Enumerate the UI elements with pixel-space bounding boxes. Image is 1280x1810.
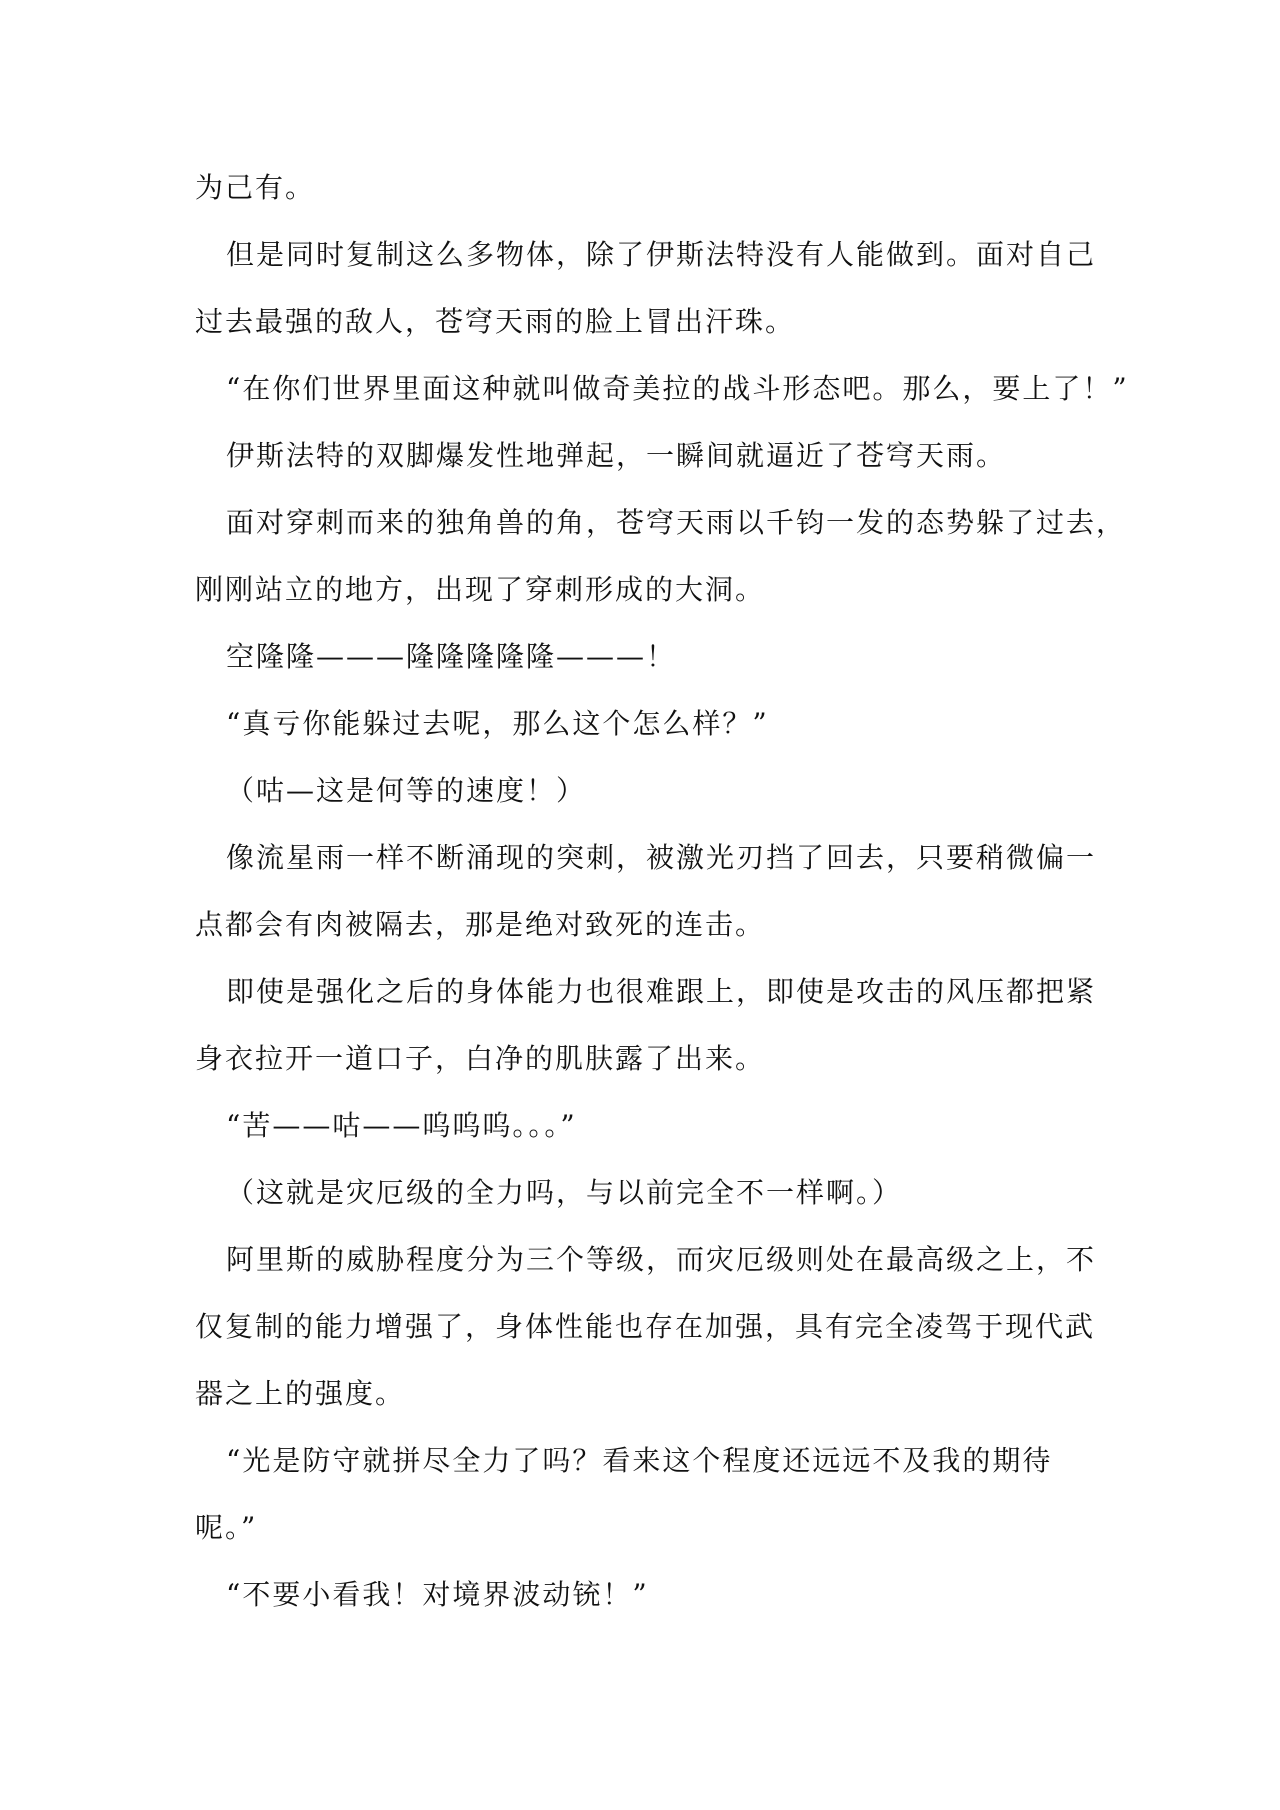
text-line: 即使是强化之后的身体能力也很难跟上，即使是攻击的风压都把紧 (195, 974, 1095, 1041)
text-line: （咕—这是何等的速度！） (195, 773, 1095, 840)
text-line: 空隆隆———隆隆隆隆隆———！ (195, 639, 1095, 706)
text-line: “不要小看我！对境界波动铳！” (195, 1577, 1095, 1644)
text-line: 面对穿刺而来的独角兽的角，苍穹天雨以千钧一发的态势躲了过去， (195, 505, 1095, 572)
text-line: 为己有。 (195, 170, 1095, 237)
text-line: “苦——咕——呜呜呜。。。” (195, 1108, 1095, 1175)
text-line: 伊斯法特的双脚爆发性地弹起，一瞬间就逼近了苍穹天雨。 (195, 438, 1095, 505)
text-line: 点都会有肉被隔去，那是绝对致死的连击。 (195, 907, 1095, 974)
text-line: “在你们世界里面这种就叫做奇美拉的战斗形态吧。那么，要上了！” (195, 371, 1095, 438)
text-line: （这就是灾厄级的全力吗，与以前完全不一样啊。） (195, 1175, 1095, 1242)
text-line: 阿里斯的威胁程度分为三个等级，而灾厄级则处在最高级之上，不 (195, 1242, 1095, 1309)
text-line: 呢。” (195, 1510, 1095, 1577)
document-page: 为己有。 但是同时复制这么多物体，除了伊斯法特没有人能做到。面对自己 过去最强的… (195, 170, 1095, 1644)
text-line: 身衣拉开一道口子，白净的肌肤露了出来。 (195, 1041, 1095, 1108)
text-line: 像流星雨一样不断涌现的突刺，被激光刃挡了回去，只要稍微偏一 (195, 840, 1095, 907)
text-line: “真亏你能躲过去呢，那么这个怎么样？” (195, 706, 1095, 773)
text-line: 过去最强的敌人，苍穹天雨的脸上冒出汗珠。 (195, 304, 1095, 371)
text-line: 器之上的强度。 (195, 1376, 1095, 1443)
text-line: “光是防守就拼尽全力了吗？看来这个程度还远远不及我的期待 (195, 1443, 1095, 1510)
text-line: 刚刚站立的地方，出现了穿刺形成的大洞。 (195, 572, 1095, 639)
text-line: 仅复制的能力增强了，身体性能也存在加强，具有完全凌驾于现代武 (195, 1309, 1095, 1376)
text-line: 但是同时复制这么多物体，除了伊斯法特没有人能做到。面对自己 (195, 237, 1095, 304)
